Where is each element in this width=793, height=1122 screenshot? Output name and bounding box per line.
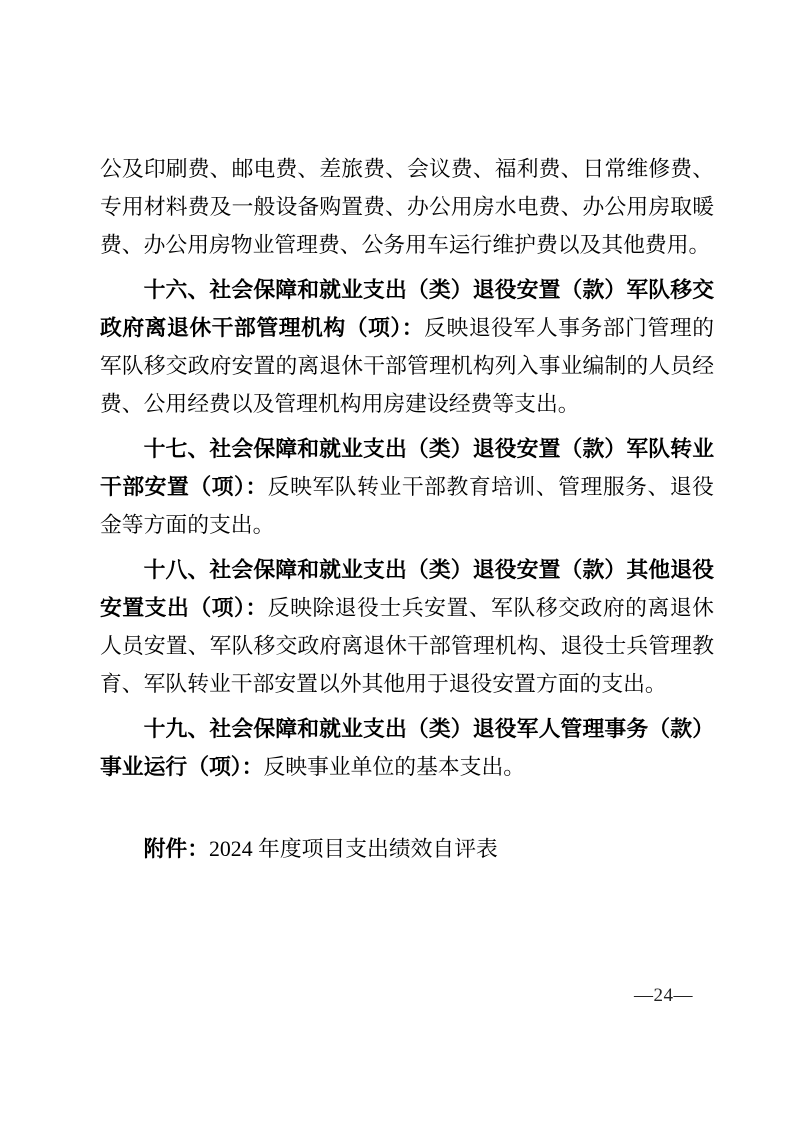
section-19-body: 反映事业单位的基本支出。 xyxy=(263,755,525,779)
document-content: 公及印刷费、邮电费、差旅费、会议费、福利费、日常维修费、专用材料费及一般设备购置… xyxy=(100,150,714,875)
attachment-line: 附件：2024 年度项目支出绩效自评表 xyxy=(100,830,714,868)
section-17-paragraph: 十七、社会保障和就业支出（类）退役安置（款）军队转业干部安置（项）：反映军队转业… xyxy=(100,430,714,544)
attachment-label: 附件： xyxy=(144,837,209,861)
section-19-paragraph: 十九、社会保障和就业支出（类）退役军人管理事务（款）事业运行（项）：反映事业单位… xyxy=(100,710,714,786)
attachment-text: 2024 年度项目支出绩效自评表 xyxy=(209,837,498,861)
page-number: —24— xyxy=(634,985,693,1007)
section-16-paragraph: 十六、社会保障和就业支出（类）退役安置（款）军队移交政府离退休干部管理机构（项）… xyxy=(100,271,714,423)
document-page: 公及印刷费、邮电费、差旅费、会议费、福利费、日常维修费、专用材料费及一般设备购置… xyxy=(0,0,793,1122)
paragraph-expense-continuation: 公及印刷费、邮电费、差旅费、会议费、福利费、日常维修费、专用材料费及一般设备购置… xyxy=(100,150,714,264)
section-18-paragraph: 十八、社会保障和就业支出（类）退役安置（款）其他退役安置支出（项）：反映除退役士… xyxy=(100,551,714,703)
